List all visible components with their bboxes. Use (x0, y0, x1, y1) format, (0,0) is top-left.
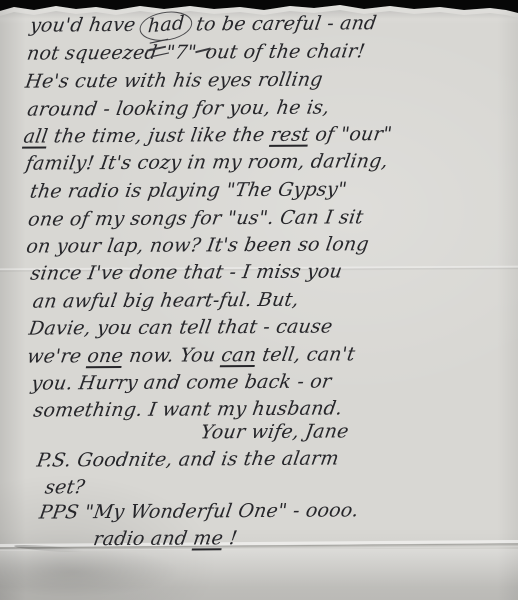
letter-line: since I've done that - I miss you (29, 259, 344, 285)
letter-text: an awful big heart-ful. But, (31, 289, 300, 313)
circled-word: had (138, 9, 193, 43)
letter-text: out of the chair! (198, 40, 367, 63)
letter-text: set? (44, 476, 87, 498)
letter-text: on your lap, now? It's been so long (25, 233, 371, 257)
underlined-word: all (22, 125, 49, 147)
letter-line: family! It's cozy in my room, darling, (24, 149, 390, 176)
letter-text: to be careful - and (188, 12, 378, 35)
letter-text: P.S. Goodnite, and is the alarm (35, 447, 340, 471)
letter-text: the time, just like the (46, 124, 272, 148)
letter-text: something. I want my husband. (32, 397, 344, 421)
letter-text: ! (221, 527, 238, 549)
letter-text: since I've done that - I miss you (29, 260, 344, 284)
letter-text: we're (26, 345, 90, 367)
underlined-word: rest (269, 124, 311, 146)
letter-text: He's cute with his eyes rolling (24, 69, 325, 93)
letter-body: you'd have had to be careful - and not s… (0, 0, 518, 600)
underlined-word: me (192, 527, 225, 549)
letter-text: around - looking for you, he is, (26, 96, 331, 120)
letter-text: the radio is playing "The Gypsy" (28, 178, 348, 202)
postscript-line: PPS "My Wonderful One" - oooo. (38, 498, 361, 524)
postscript-line: set? (43, 475, 86, 499)
letter-line: all the time, just like the rest of "our… (22, 122, 394, 149)
scanned-letter: you'd have had to be careful - and not s… (0, 0, 518, 600)
letter-text: you'd have (28, 14, 143, 37)
letter-line: not squeezed "7" out of the chair! (25, 39, 367, 65)
letter-line: the radio is playing "The Gypsy" (28, 177, 348, 203)
letter-text: of "our" (308, 123, 394, 146)
letter-text: family! It's cozy in my room, darling, (24, 150, 389, 175)
letter-text: now. You (121, 344, 223, 367)
letter-text: Davie, you can tell that - cause (27, 315, 334, 339)
letter-text: not squeezed (26, 42, 165, 65)
emphasized-word: "7" (161, 40, 201, 64)
underlined-word: can (220, 344, 258, 366)
letter-line: around - looking for you, he is, (26, 95, 331, 121)
letter-line: you'd have had to be careful - and (28, 11, 378, 38)
letter-line: Davie, you can tell that - cause (27, 314, 334, 340)
letter-line: we're one now. You can tell, can't (25, 342, 356, 368)
letter-line: an awful big heart-ful. But, (31, 288, 301, 314)
letter-line: one of my songs for "us". Can I sit (27, 205, 366, 231)
underlined-word: one (86, 345, 125, 367)
letter-line: He's cute with his eyes rolling (24, 68, 325, 94)
letter-line: on your lap, now? It's been so long (25, 232, 371, 258)
paper-sheet: you'd have had to be careful - and not s… (0, 0, 518, 600)
postscript-line: radio and me ! (92, 526, 239, 551)
letter-text: one of my songs for "us". Can I sit (27, 206, 365, 230)
letter-text: radio and (92, 527, 195, 550)
letter-text: you. Hurry and come back - or (30, 370, 333, 394)
signature-line: Your wife, Jane (199, 419, 350, 444)
signature-text: Your wife, Jane (199, 420, 350, 443)
letter-line: something. I want my husband. (32, 396, 344, 422)
letter-text: PPS "My Wonderful One" - oooo. (38, 499, 360, 523)
postscript-line: P.S. Goodnite, and is the alarm (35, 446, 340, 472)
letter-text: tell, can't (255, 343, 357, 366)
letter-line: you. Hurry and come back - or (30, 369, 333, 395)
